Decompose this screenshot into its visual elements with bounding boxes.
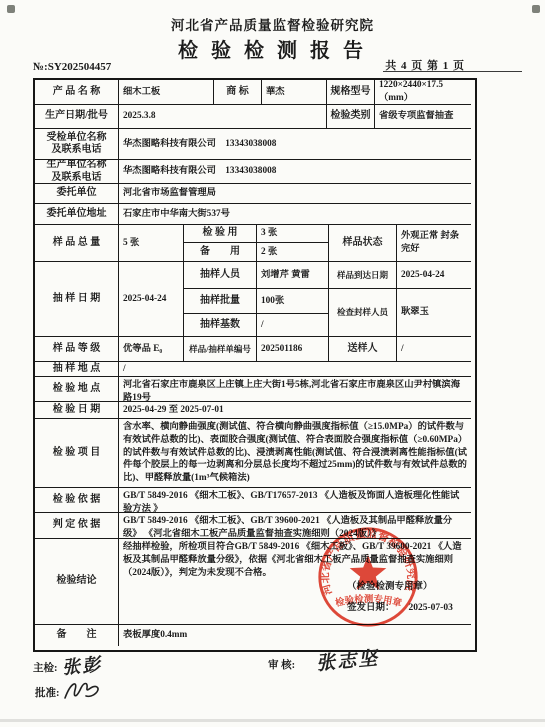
test-basis-value: GB/T 5849-2016 《细木工板》、GB/T17657-2013 《人造… bbox=[119, 488, 471, 513]
chief-inspector-signature: 张彭 bbox=[61, 650, 103, 679]
sealer-label: 检查封样人员 bbox=[329, 289, 397, 337]
sampling-date-value: 2025-04-24 bbox=[119, 262, 184, 337]
approver-signature bbox=[62, 678, 104, 704]
client-value: 河北省市场监督管理局 bbox=[119, 184, 471, 204]
client-address-label: 委托单位地址 bbox=[35, 204, 119, 225]
scan-artifact bbox=[7, 5, 15, 13]
sample-total-value: 5 张 bbox=[119, 225, 184, 262]
sample-state-label: 样品状态 bbox=[329, 225, 397, 262]
for-test-value: 3 张 bbox=[257, 225, 329, 243]
reviewer-signature: 张志坚 bbox=[315, 643, 380, 675]
sample-total-label: 样 品 总 量 bbox=[35, 225, 119, 262]
seal-purpose-text: 检验检测专用章 bbox=[334, 593, 403, 610]
chief-inspector-label: 主检: bbox=[33, 660, 58, 675]
spec-value: 1220×2440×17.5 （mm） bbox=[375, 80, 471, 105]
spare-label: 备 用 bbox=[184, 243, 257, 262]
product-name-label: 产 品 名 称 bbox=[35, 80, 119, 105]
sample-state-value: 外观正常 封条完好 bbox=[397, 225, 471, 262]
arrival-date-value: 2025-04-24 bbox=[397, 262, 471, 289]
sealer-value: 耿翠玉 bbox=[397, 289, 471, 337]
remark-label: 备 注 bbox=[35, 625, 119, 646]
batch-label: 抽样批量 bbox=[184, 289, 257, 314]
trademark-label: 商 标 bbox=[214, 80, 262, 105]
seal-star-icon bbox=[350, 555, 387, 590]
conclusion-label: 检验结论 bbox=[35, 539, 119, 625]
batch-value: 100张 bbox=[257, 289, 329, 314]
test-place-label: 检 验 地 点 bbox=[35, 377, 119, 402]
for-test-label: 检 验 用 bbox=[184, 225, 257, 243]
report-page: 河北省产品质量监督检验研究院 检 验 检 测 报 告 №:SY202504457… bbox=[0, 0, 545, 727]
sampler-value: 刘增芹 黄雷 bbox=[257, 262, 329, 289]
judge-basis-label: 判 定 依 据 bbox=[35, 513, 119, 539]
scan-artifact bbox=[532, 5, 540, 13]
base-label: 抽样基数 bbox=[184, 314, 257, 337]
inspection-type-value: 省级专项监督抽查 bbox=[375, 105, 471, 129]
product-name-value: 细木工板 bbox=[119, 80, 214, 105]
institute-name: 河北省产品质量监督检验研究院 bbox=[0, 14, 545, 34]
arrival-date-label: 样品到达日期 bbox=[329, 262, 397, 289]
pagination-underline bbox=[383, 71, 522, 72]
sampling-place-label: 抽 样 地 点 bbox=[35, 362, 119, 377]
test-items-value: 含水率、横向静曲强度(测试值、符合横向静曲强度指标值（≥15.0MPa）的试件数… bbox=[119, 419, 471, 488]
sheet-no-label: 样品/抽样单编号 bbox=[184, 337, 257, 362]
deliverer-label: 送样人 bbox=[329, 337, 397, 362]
inspection-type-label: 检验类别 bbox=[327, 105, 375, 129]
base-value: / bbox=[257, 314, 329, 337]
prod-date-label: 生产日期/批号 bbox=[35, 105, 119, 129]
deliverer-value: / bbox=[397, 337, 471, 362]
test-date-label: 检 验 日 期 bbox=[35, 402, 119, 419]
sheet-no-value: 202501186 bbox=[257, 337, 329, 362]
client-label: 委托单位 bbox=[35, 184, 119, 204]
sampling-date-label: 抽 样 日 期 bbox=[35, 262, 119, 337]
test-date-value: 2025-04-29 至 2025-07-01 bbox=[119, 402, 471, 419]
scan-edge-shadow bbox=[0, 719, 545, 722]
reviewer-label: 审 核: bbox=[268, 657, 295, 672]
report-number: №:SY202504457 bbox=[33, 61, 111, 73]
producer-value: 华杰图略科技有限公司 13343038008 bbox=[119, 160, 471, 184]
spare-value: 2 张 bbox=[257, 243, 329, 262]
inspected-unit-label: 受检单位名称 及联系电话 bbox=[35, 129, 119, 160]
inspected-unit-value: 华杰图略科技有限公司 13343038008 bbox=[119, 129, 471, 160]
sampling-place-value: / bbox=[119, 362, 471, 377]
test-items-label: 检 验 项 目 bbox=[35, 419, 119, 488]
approver-label: 批准: bbox=[35, 685, 60, 700]
trademark-value: 華杰 bbox=[262, 80, 327, 105]
producer-label: 生产单位名称 及联系电话 bbox=[35, 160, 119, 184]
grade-label: 样 品 等 级 bbox=[35, 337, 119, 362]
sampler-label: 抽样人员 bbox=[184, 262, 257, 289]
grade-value: 优等品 E₀ bbox=[119, 337, 184, 362]
client-address-value: 石家庄市中华南大街537号 bbox=[119, 204, 471, 225]
prod-date-value: 2025.3.8 bbox=[119, 105, 327, 129]
inspection-seal: 河北省产品质量监督检验研究院 检验检测专用章 bbox=[315, 524, 421, 630]
test-basis-label: 检 验 依 据 bbox=[35, 488, 119, 513]
spec-label: 规格型号 bbox=[327, 80, 375, 105]
test-place-value: 河北省石家庄市鹿泉区上庄镇上庄大街1号5栋,河北省石家庄市鹿泉区山尹村镇滨海路1… bbox=[119, 377, 471, 402]
